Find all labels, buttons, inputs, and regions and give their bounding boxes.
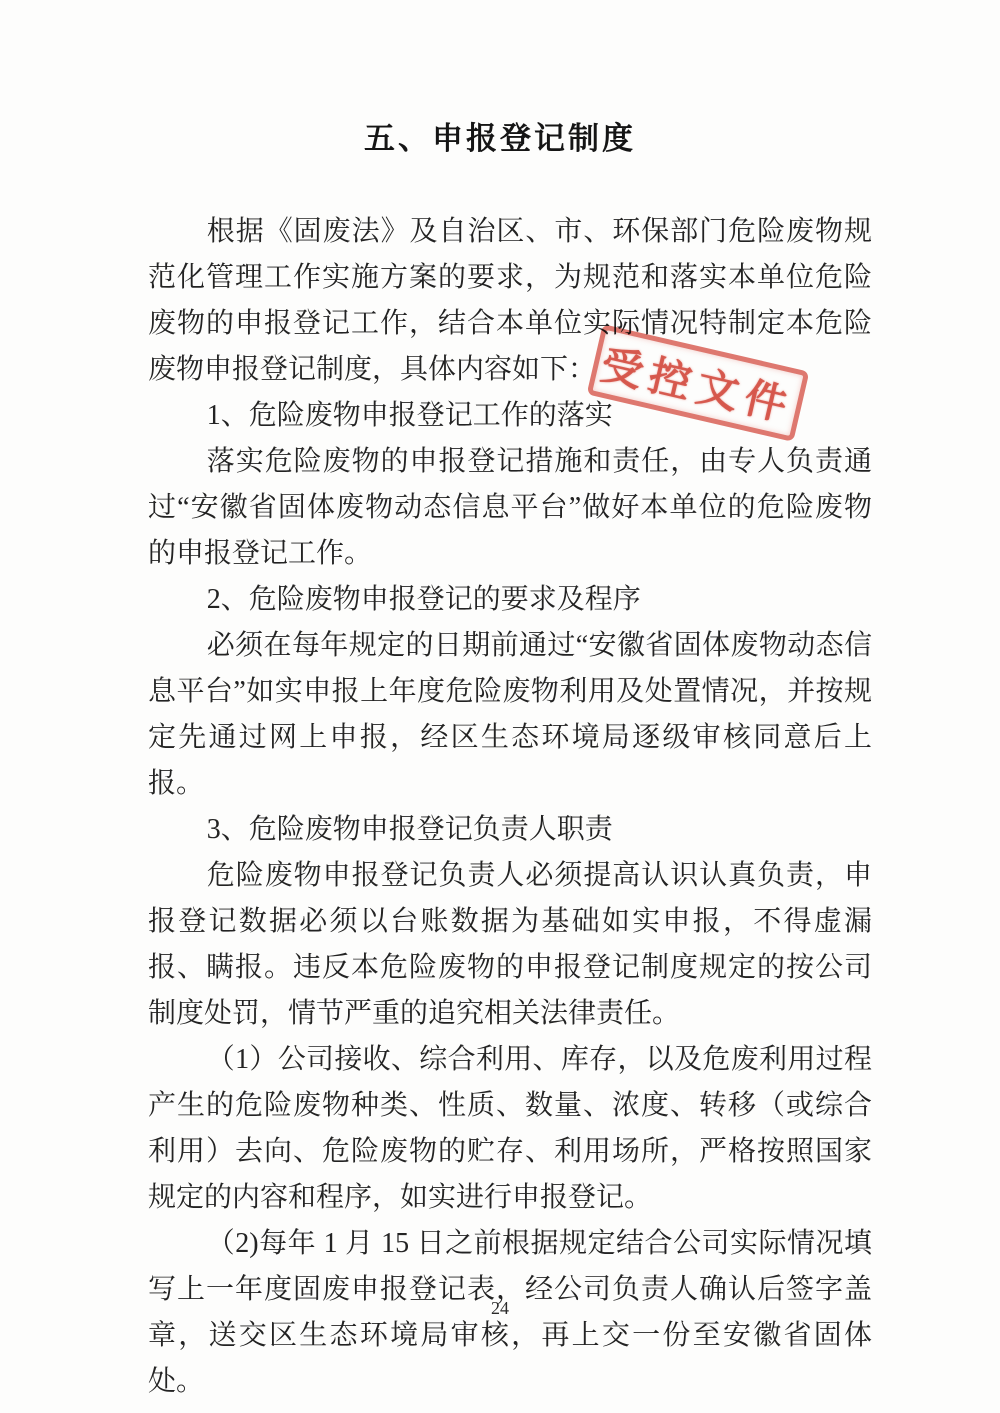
page-number: 24 <box>0 1298 1000 1319</box>
section-3-body: 危险废物申报登记负责人必须提高认识认真负责，申报登记数据必须以台账数据为基础如实… <box>148 853 872 1037</box>
page-title: 五、申报登记制度 <box>0 0 1000 158</box>
section-2-body: 必须在每年规定的日期前通过“安徽省固体废物动态信息平台”如实申报上年度危险废物利… <box>148 623 872 807</box>
item-1-paragraph: （1）公司接收、综合利用、库存，以及危废利用过程产生的危险废物种类、性质、数量、… <box>148 1037 872 1221</box>
section-1-body: 落实危险废物的申报登记措施和责任，由专人负责通过“安徽省固体废物动态信息平台”做… <box>148 439 872 577</box>
section-3-heading: 3、危险废物申报登记负责人职责 <box>148 807 872 853</box>
section-2-heading: 2、危险废物申报登记的要求及程序 <box>148 577 872 623</box>
document-page: 五、申报登记制度 根据《固废法》及自治区、市、环保部门危险废物规范化管理工作实施… <box>0 0 1000 1413</box>
